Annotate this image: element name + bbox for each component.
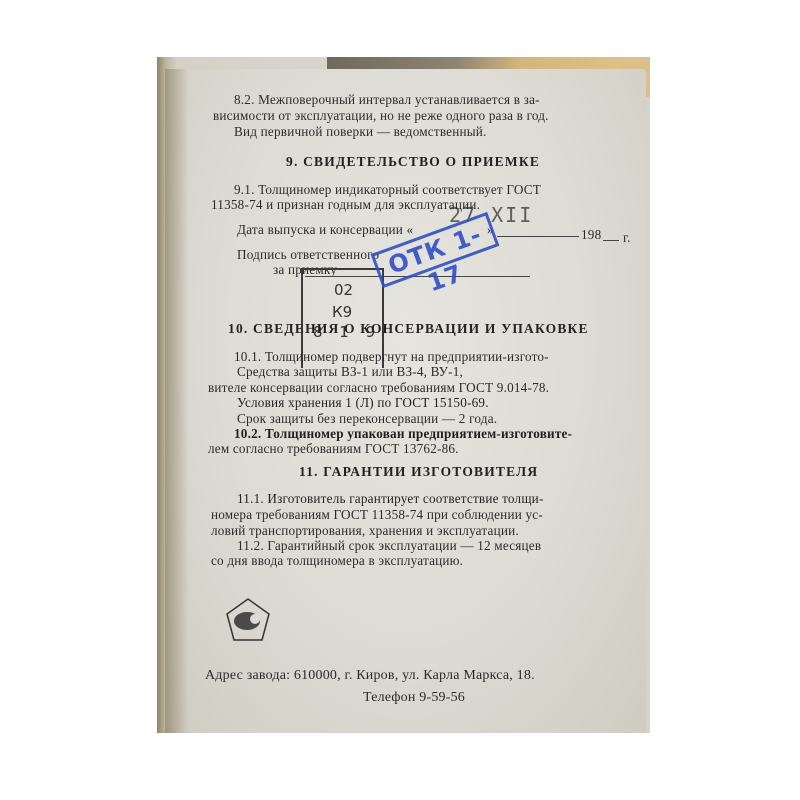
para-8-2-line3: Вид первичной поверки — ведомственный. bbox=[234, 124, 487, 139]
date-label: Дата выпуска и консервации « bbox=[237, 222, 413, 237]
signature-label-line1: Подпись ответственного bbox=[237, 247, 379, 262]
section-9-heading: 9. СВИДЕТЕЛЬСТВО О ПРИЕМКЕ bbox=[286, 154, 540, 170]
quality-mark-pentagon-icon bbox=[225, 597, 271, 643]
year-line bbox=[603, 240, 619, 241]
para-10-1-line4: Условия хранения 1 (Л) по ГОСТ 15150-69. bbox=[237, 395, 489, 410]
para-9-1-line2: 11358-74 и признан годным для эксплуатац… bbox=[211, 197, 480, 212]
para-9-1-line1: 9.1. Толщиномер индикаторный соответству… bbox=[234, 182, 541, 197]
para-11-1-line3: ловий транспортирования, хранения и эксп… bbox=[211, 523, 519, 538]
para-10-2-line2: лем согласно требованиям ГОСТ 13762-86. bbox=[208, 441, 459, 456]
para-11-2-line1: 11.2. Гарантийный срок эксплуатации — 12… bbox=[237, 538, 541, 553]
stamp-box-line1: 02 bbox=[334, 281, 353, 299]
factory-phone: Телефон 9-59-56 bbox=[363, 690, 465, 705]
factory-address: Адрес завода: 610000, г. Киров, ул. Карл… bbox=[205, 668, 535, 683]
stamp-box-line2: К9 bbox=[332, 303, 352, 321]
page-shadow bbox=[165, 69, 189, 733]
para-10-1-line1: 10.1. Толщиномер подвергнут на предприят… bbox=[234, 349, 549, 364]
para-11-2-line2: со дня ввода толщиномера в эксплуатацию. bbox=[211, 553, 463, 568]
para-10-1-line5: Срок защиты без переконсервации — 2 года… bbox=[237, 411, 497, 426]
para-10-2-line1: 10.2. Толщиномер упакован предприятием-и… bbox=[234, 426, 572, 441]
para-10-1-line3: вителе консервации согласно требованиям … bbox=[208, 380, 549, 395]
year-suffix: г. bbox=[623, 230, 631, 245]
para-10-1-line2: Средства защиты ВЗ-1 или ВЗ-4, ВУ-1, bbox=[237, 364, 463, 379]
date-month-line bbox=[497, 236, 579, 237]
para-11-1-line2: номера требованиям ГОСТ 11358-74 при соб… bbox=[211, 507, 543, 522]
year-prefix: 198 bbox=[581, 227, 601, 242]
para-8-2-line2: висимости от эксплуатации, но не реже од… bbox=[213, 108, 549, 123]
para-8-2-line1: 8.2. Межповерочный интервал устанавливае… bbox=[234, 92, 540, 107]
para-11-1-line1: 11.1. Изготовитель гарантирует соответст… bbox=[237, 491, 544, 506]
section-10-heading: 10. СВЕДЕНИЯ О КОНСЕРВАЦИИ И УПАКОВКЕ bbox=[228, 321, 589, 337]
section-11-heading: 11. ГАРАНТИИ ИЗГОТОВИТЕЛЯ bbox=[299, 464, 538, 480]
